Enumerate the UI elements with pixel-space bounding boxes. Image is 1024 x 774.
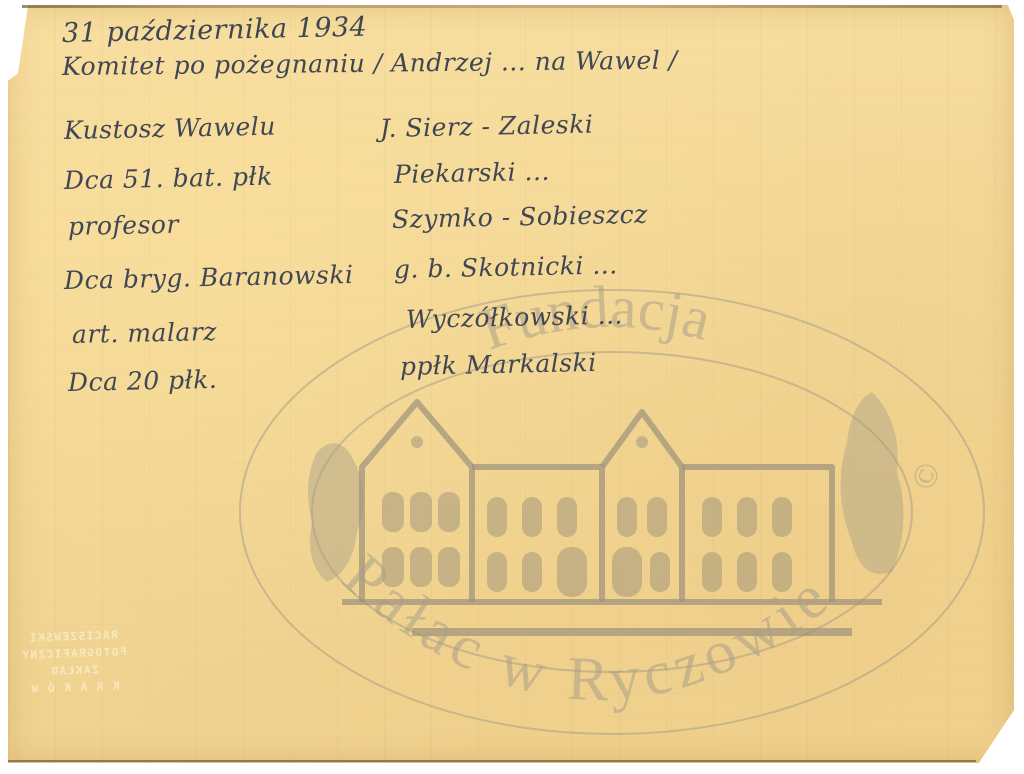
- left-entry-6: Dca 20 płk.: [68, 365, 218, 397]
- right-entry-4: g. b. Skotnicki ...: [394, 250, 618, 284]
- right-entry-6: ppłk Markalski: [400, 348, 597, 381]
- left-entry-1: Kustosz Wawelu: [64, 112, 276, 145]
- left-entry-4: Dca bryg. Baranowski: [64, 260, 354, 295]
- paper-top-edge: [22, 5, 1002, 8]
- paper-bottom-edge: [8, 760, 976, 762]
- embossed-studio-stamp: RACISZEWSKI FOTOGRAFICZNY ZAKŁAD K R A K…: [13, 626, 135, 698]
- left-entry-5: art. malarz: [72, 317, 218, 349]
- left-entry-3: profesor: [68, 210, 179, 241]
- right-entry-3: Szymko - Sobieszcz: [392, 200, 648, 234]
- note-date: 31 października 1934: [62, 12, 368, 49]
- left-entry-2: Dca 51. bat. płk: [64, 162, 273, 195]
- right-entry-1: J. Sierz - Zaleski: [380, 110, 594, 143]
- right-entry-2: Piekarski ...: [394, 157, 550, 189]
- right-entry-5: Wyczółkowski ...: [406, 300, 624, 334]
